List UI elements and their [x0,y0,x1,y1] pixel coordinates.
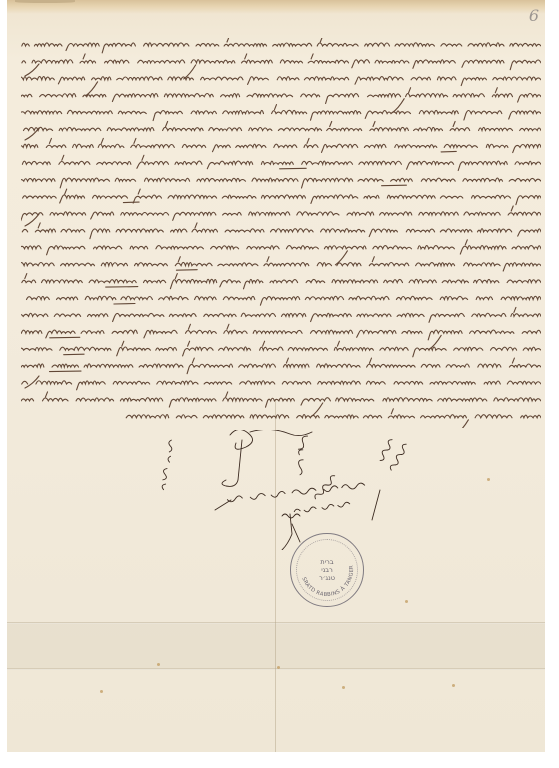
manuscript-page: 6 [7,0,545,752]
ink-spot [452,684,455,687]
letter-body [21,38,541,432]
seal-ring-text: SRATD RABBINS À TANGER [291,534,363,606]
ink-spot [100,690,103,693]
ink-spot [342,686,345,689]
ink-spot [277,666,280,669]
signatures-block [120,430,450,550]
signature-strokes [120,430,450,550]
svg-text:SRATD RABBINS À TANGER: SRATD RABBINS À TANGER [300,565,355,598]
ink-spot [157,663,160,666]
seal-outer-text: SRATD RABBINS À TANGER [300,565,355,598]
page-number: 6 [529,6,539,25]
fold-shading [7,622,545,670]
rabbinical-seal: SRATD RABBINS À TANGER ברית רבני טנג׳ר [290,533,364,607]
top-stain [7,0,545,14]
torn-edge [15,0,75,3]
horizontal-fold-1 [7,622,545,624]
horizontal-fold-2 [7,668,545,670]
ink-spot [405,600,408,603]
handwritten-text [21,38,541,428]
ink-spot [487,478,490,481]
